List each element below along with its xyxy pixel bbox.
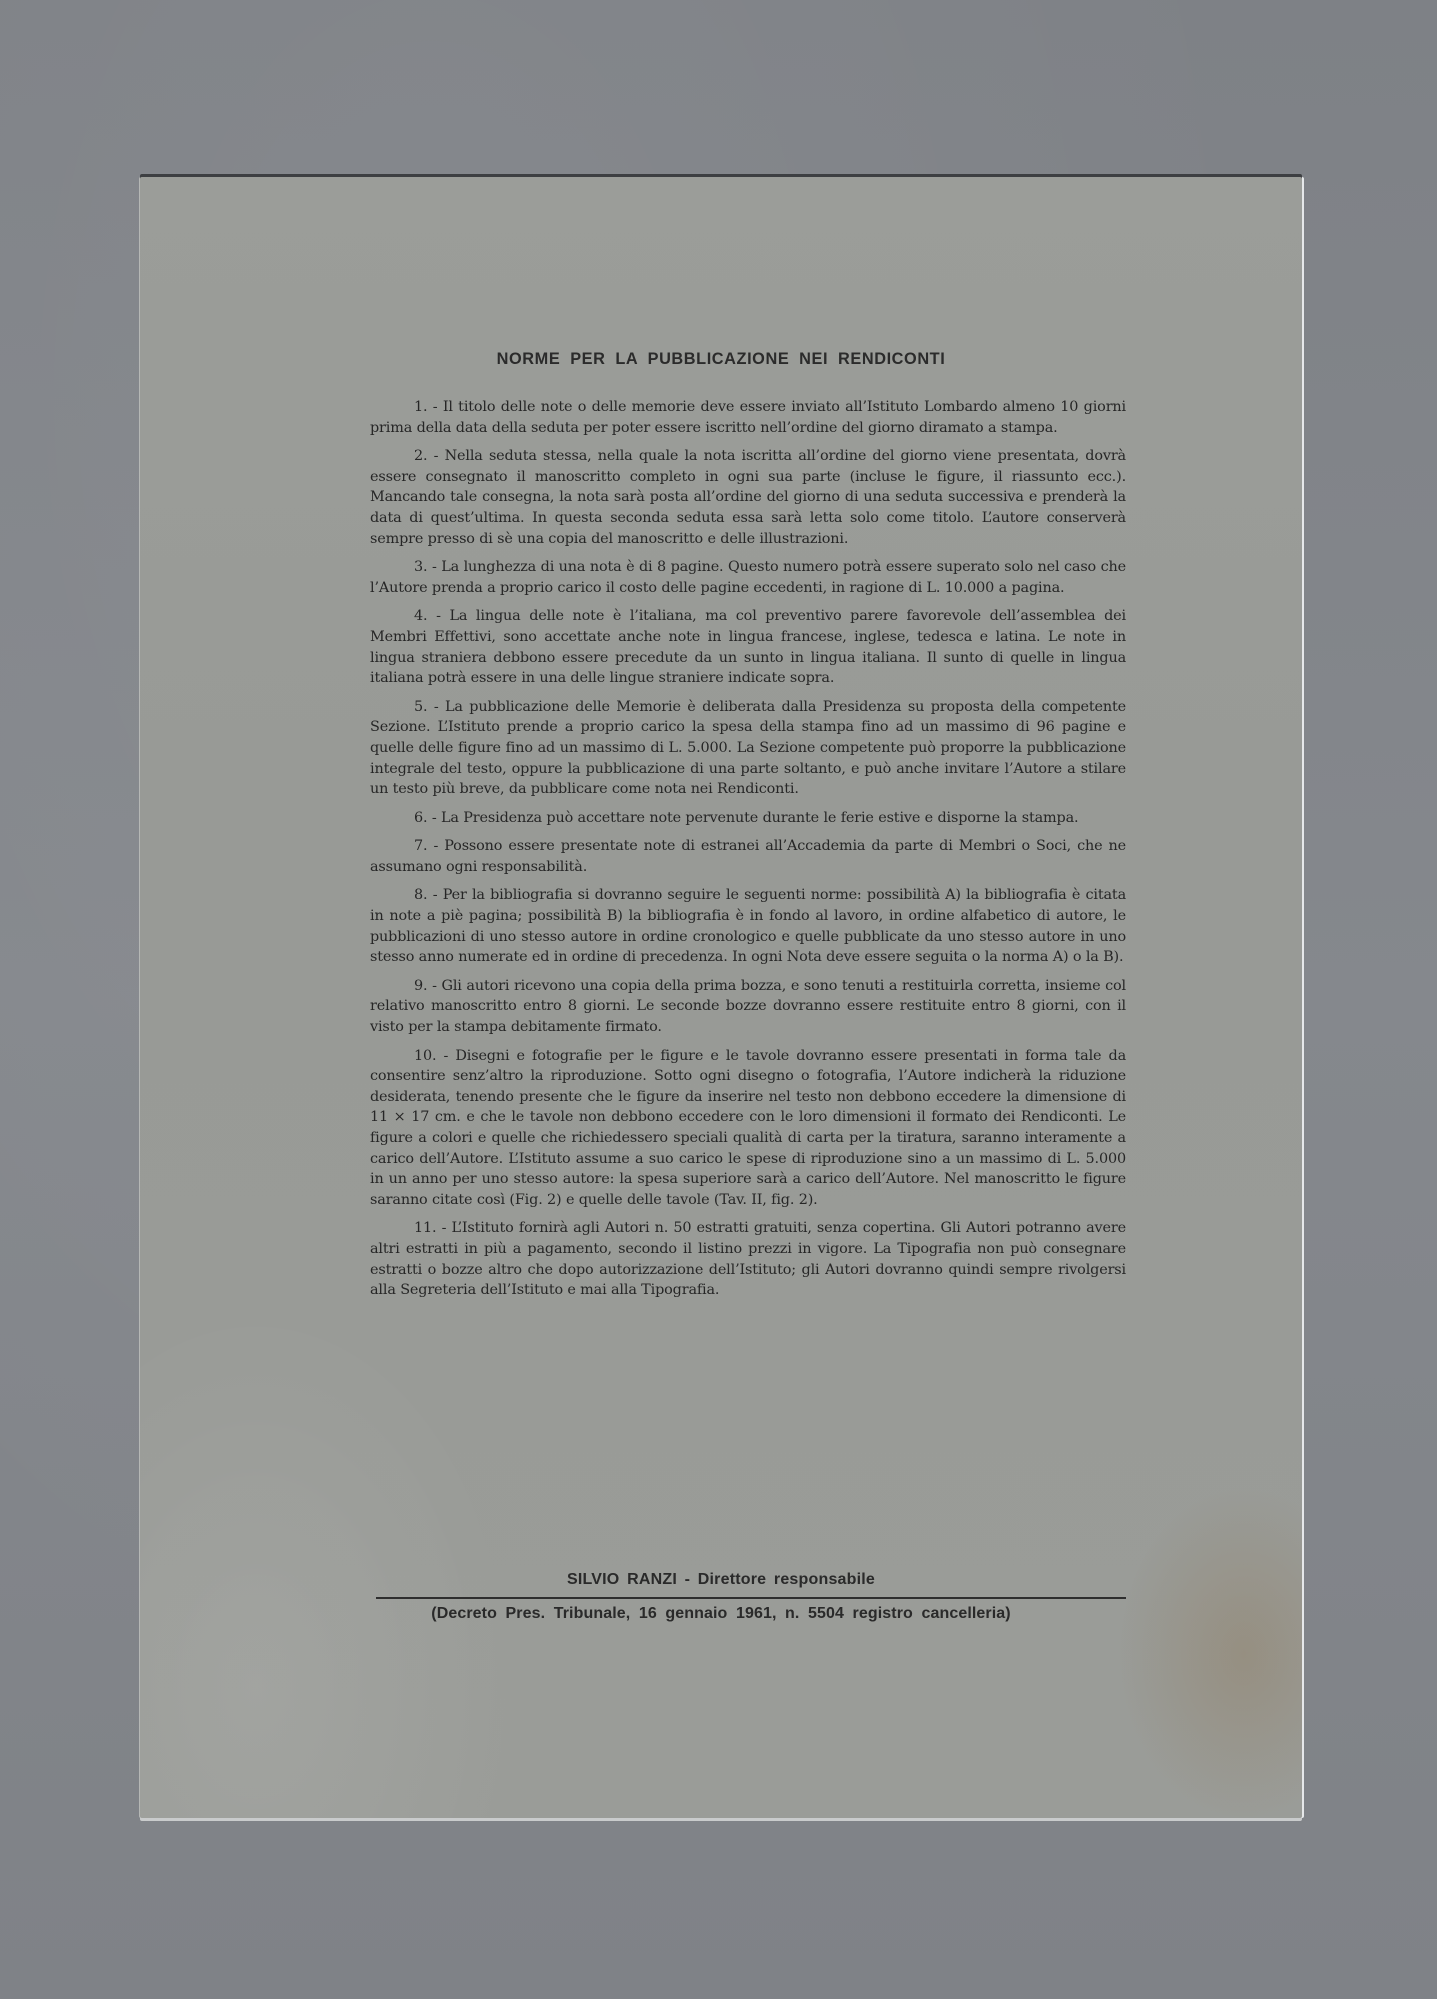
rule-item: 2. - Nella seduta stessa, nella quale la… <box>370 446 1126 549</box>
rule-item: 11. - L’Istituto fornirà agli Autori n. … <box>370 1218 1126 1300</box>
rule-item: 8. - Per la bibliografia si dovranno seg… <box>370 885 1126 967</box>
editor-signature: SILVIO RANZI - Direttore responsabile <box>140 1571 1302 1589</box>
rule-item: 3. - La lunghezza di una nota è di 8 pag… <box>370 557 1126 598</box>
printed-page: NORME PER LA PUBBLICAZIONE NEI RENDICONT… <box>140 177 1302 1818</box>
rule-item: 4. - La lingua delle note è l’italiana, … <box>370 606 1126 688</box>
rule-item: 6. - La Presidenza può accettare note pe… <box>370 808 1126 829</box>
rules-list: 1. - Il titolo delle note o delle memori… <box>370 397 1126 1309</box>
rule-item: 7. - Possono essere presentate note di e… <box>370 836 1126 877</box>
horizontal-divider <box>376 1597 1126 1599</box>
rule-item: 9. - Gli autori ricevono una copia della… <box>370 976 1126 1038</box>
rule-item: 10. - Disegni e fotografie per le figure… <box>370 1046 1126 1211</box>
rule-item: 1. - Il titolo delle note o delle memori… <box>370 397 1126 438</box>
registration-decree: (Decreto Pres. Tribunale, 16 gennaio 196… <box>140 1605 1302 1623</box>
page-title: NORME PER LA PUBBLICAZIONE NEI RENDICONT… <box>163 349 1279 369</box>
rule-item: 5. - La pubblicazione delle Memorie è de… <box>370 697 1126 800</box>
